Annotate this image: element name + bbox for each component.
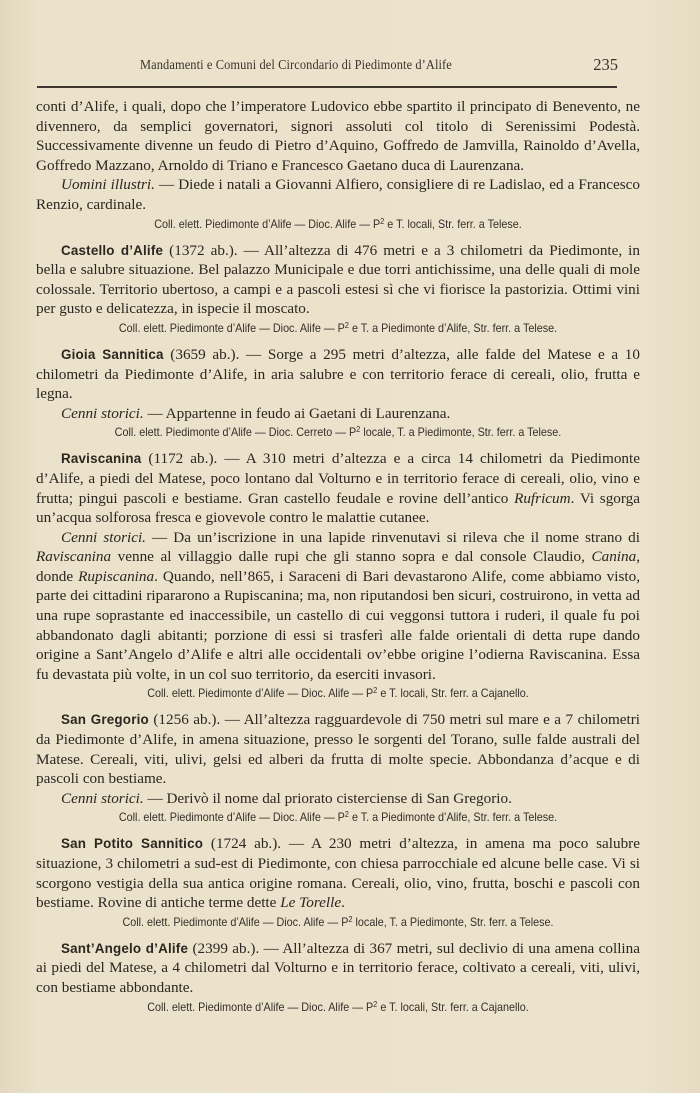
entry-name: San Potito Sannitico — [61, 836, 203, 851]
electoral-info: Coll. elett. Piedimonte d’Alife — Dioc. … — [57, 424, 619, 442]
uomini-illustri-paragraph: Uomini illustri. — Diede i natali a Giov… — [36, 175, 640, 214]
entry-name: San Gregorio — [61, 712, 149, 727]
entry-san-potito-sannitico: San Potito Sannitico (1724 ab.). — A 230… — [36, 834, 640, 912]
cenni-storici-paragraph: Cenni storici. — Appartenne in feudo ai … — [36, 404, 640, 424]
entry-raviscanina: Raviscanina (1172 ab.). — A 310 metri d’… — [36, 449, 640, 527]
electoral-info: Coll. elett. Piedimonte d’Alife — Dioc. … — [57, 914, 619, 932]
electoral-info: Coll. elett. Piedimonte d’Alife — Dioc. … — [57, 320, 619, 338]
entry-name: Gioia Sannitica — [61, 347, 164, 362]
entry-san-gregorio: San Gregorio (1256 ab.). — All’altezza r… — [36, 710, 640, 788]
entry-castello-d-alife: Castello d’Alife (1372 ab.). — All’altez… — [36, 241, 640, 319]
entry-gioia-sannitica: Gioia Sannitica (3659 ab.). — Sorge a 29… — [36, 345, 640, 404]
cenni-storici-paragraph: Cenni storici. — Derivò il nome dal prio… — [36, 789, 640, 809]
uomini-illustri-label: Uomini illustri. — [61, 176, 155, 193]
intro-paragraph: conti d’Alife, i quali, dopo che l’imper… — [36, 97, 640, 175]
electoral-info: Coll. elett. Piedimonte d’Alife — Dioc. … — [57, 685, 619, 703]
book-page: Mandamenti e Comuni del Circondario di P… — [0, 0, 700, 1093]
electoral-info: Coll. elett. Piedimonte d’Alife — Dioc. … — [57, 809, 619, 827]
cenni-storici-paragraph: Cenni storici. — Da un’iscrizione in una… — [36, 528, 640, 685]
electoral-info: Coll. elett. Piedimonte d’Alife — Dioc. … — [57, 216, 619, 234]
page-header: Mandamenti e Comuni del Circondario di P… — [36, 57, 618, 79]
electoral-info: Coll. elett. Piedimonte d’Alife — Dioc. … — [57, 999, 619, 1017]
entry-name: Sant’Angelo d’Alife — [61, 941, 188, 956]
entry-name: Raviscanina — [61, 451, 141, 466]
page-number: 235 — [593, 55, 618, 75]
body-text: conti d’Alife, i quali, dopo che l’imper… — [36, 97, 640, 1017]
entry-name: Castello d’Alife — [61, 243, 163, 258]
running-title: Mandamenti e Comuni del Circondario di P… — [140, 57, 452, 73]
header-rule — [37, 86, 617, 88]
entry-sant-angelo-d-alife: Sant’Angelo d’Alife (2399 ab.). — All’al… — [36, 939, 640, 998]
